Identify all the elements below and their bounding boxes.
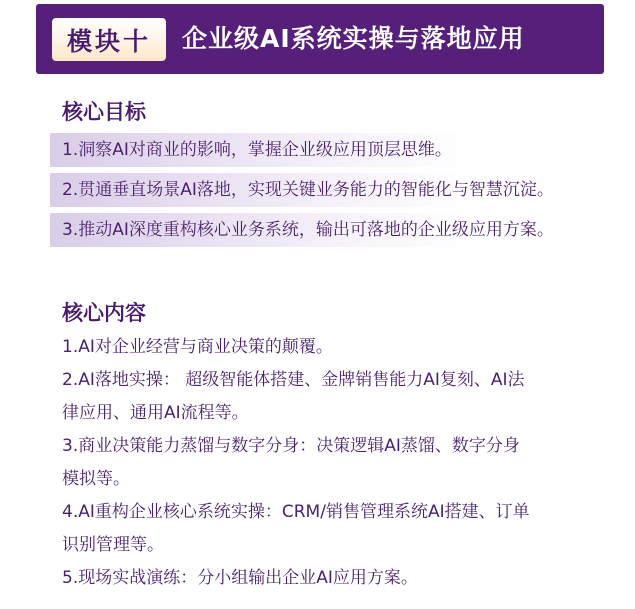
content-line: 3.商业决策能力蒸馏与数字分身：决策逻辑AI蒸馏、数字分身	[62, 435, 520, 457]
content-heading: 核心内容	[62, 297, 146, 327]
content-line: 2.AI落地实操： 超级智能体搭建、金牌销售能力AI复刻、AI法	[62, 369, 525, 391]
objective-text: 1.洞察AI对商业的影响，掌握企业级应用顶层思维。	[62, 133, 452, 167]
content-line: 识别管理等。	[62, 534, 164, 556]
content-line: 4.AI重构企业核心系统实操：CRM/销售管理系统AI搭建、订单	[62, 501, 530, 523]
objectives-heading: 核心目标	[62, 96, 146, 126]
content-line: 1.AI对企业经营与商业决策的颠覆。	[62, 336, 333, 358]
objective-text: 2.贯通垂直场景AI落地，实现关键业务能力的智能化与智慧沉淀。	[62, 173, 554, 207]
objective-item: 3.推动AI深度重构核心业务系统，输出可落地的企业级应用方案。	[50, 213, 635, 247]
objective-item: 1.洞察AI对商业的影响，掌握企业级应用顶层思维。	[50, 133, 635, 167]
content-line: 模拟等。	[62, 468, 130, 490]
objective-item: 2.贯通垂直场景AI落地，实现关键业务能力的智能化与智慧沉淀。	[50, 173, 635, 207]
content-line: 律应用、通用AI流程等。	[62, 402, 249, 424]
module-title: 企业级AI系统实操与落地应用	[182, 4, 525, 74]
module-number-label: 模块十	[67, 22, 151, 58]
module-header-banner: 模块十 企业级AI系统实操与落地应用	[36, 4, 604, 74]
module-number-badge: 模块十	[52, 18, 166, 61]
objective-text: 3.推动AI深度重构核心业务系统，输出可落地的企业级应用方案。	[62, 213, 554, 247]
content-line: 5.现场实战演练：分小组输出企业AI应用方案。	[62, 567, 418, 589]
